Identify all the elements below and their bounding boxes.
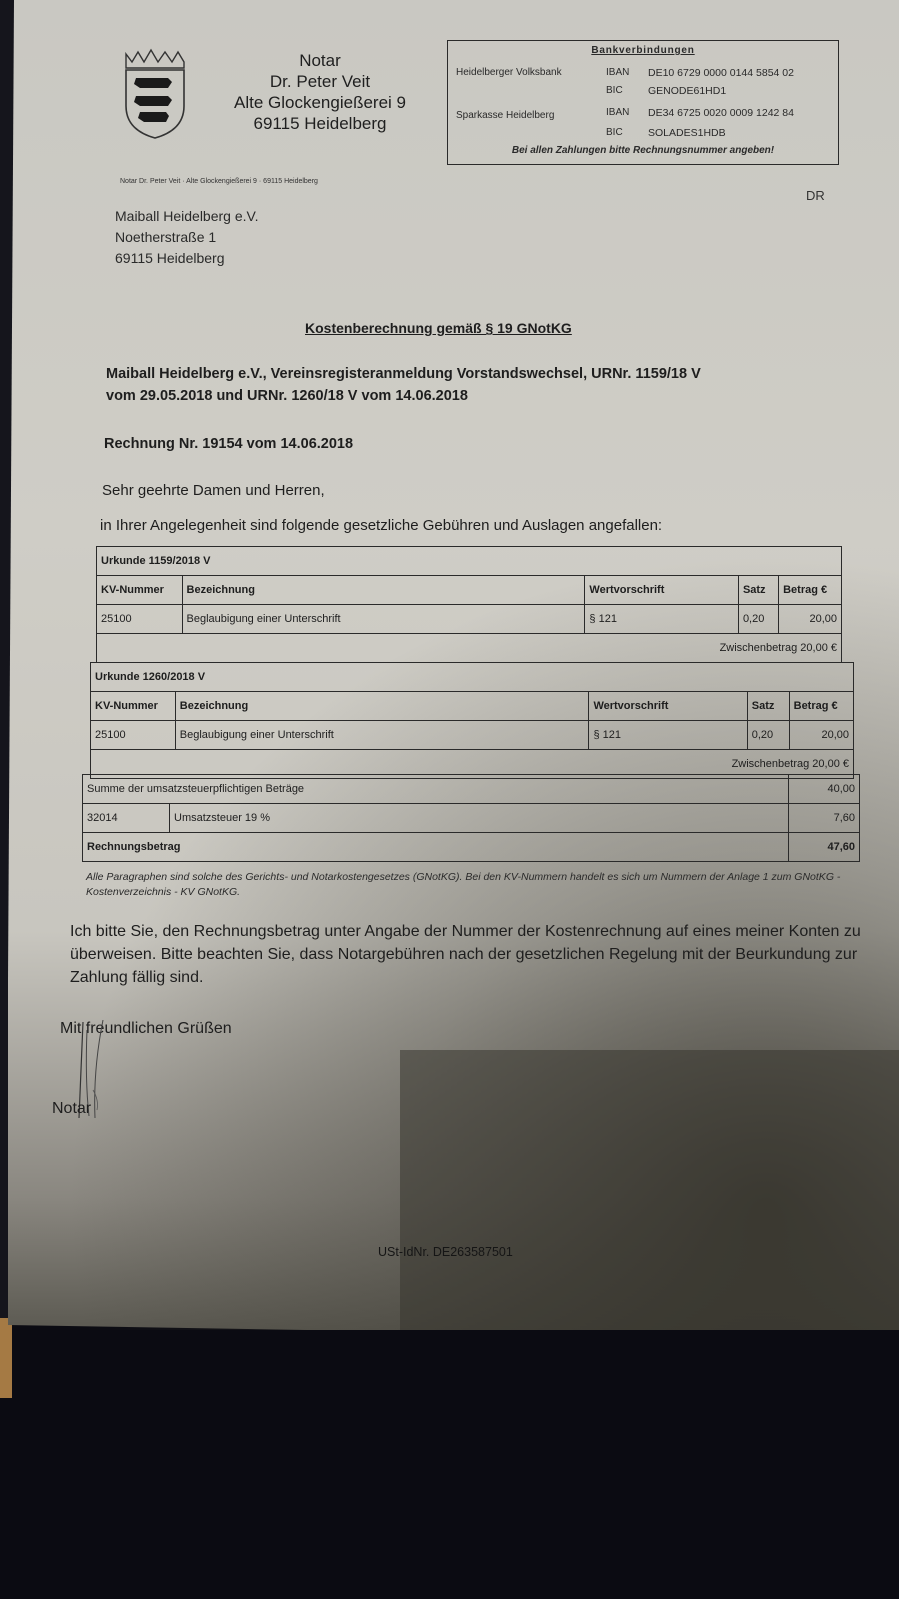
header-bezeichnung: Bezeichnung [175, 692, 589, 721]
iban-value: DE10 6729 0000 0144 5854 02 [648, 67, 794, 79]
iban-value: DE34 6725 0020 0009 1242 84 [648, 107, 794, 119]
letterhead: Notar Dr. Peter Veit Alte Glockengießere… [205, 50, 435, 134]
sender-return-line: Notar Dr. Peter Veit · Alte Glockengieße… [120, 178, 318, 185]
subtotal: Zwischenbetrag 20,00 € [97, 634, 842, 663]
bank-row-iban-2: Sparkasse Heidelberg IBAN DE34 6725 0020… [456, 107, 830, 121]
document-title: Kostenberechnung gemäß § 19 GNotKG [305, 320, 572, 336]
letterhead-name: Dr. Peter Veit [205, 71, 435, 92]
background-wood [0, 1318, 12, 1398]
cell-satz: 0,20 [747, 721, 789, 750]
vat-row: 32014 Umsatzsteuer 19 % 7,60 [83, 804, 860, 833]
header-betrag: Betrag € [779, 576, 842, 605]
vat-kv: 32014 [83, 804, 170, 833]
cost-table-2: Urkunde 1260/2018 V KV-Nummer Bezeichnun… [90, 662, 854, 779]
totals-table: Summe der umsatzsteuerpflichtigen Beträg… [82, 774, 860, 862]
document-subject: Maiball Heidelberg e.V., Vereinsregister… [106, 363, 846, 407]
table-row: 25100 Beglaubigung einer Unterschrift § … [97, 605, 842, 634]
iban-label: IBAN [606, 67, 629, 78]
cell-bezeichnung: Beglaubigung einer Unterschrift [182, 605, 585, 634]
letterhead-street: Alte Glockengießerei 9 [205, 92, 435, 113]
cell-wertvorschrift: § 121 [589, 721, 747, 750]
total-label: Rechnungsbetrag [83, 833, 789, 862]
cell-satz: 0,20 [738, 605, 778, 634]
bank-row-bic-2: BIC SOLADES1HDB [456, 127, 830, 141]
footnote: Alle Paragraphen sind solche des Gericht… [86, 870, 876, 900]
header-kv: KV-Nummer [97, 576, 183, 605]
recipient-address: Maiball Heidelberg e.V. Noetherstraße 1 … [115, 206, 258, 269]
sum-row: Summe der umsatzsteuerpflichtigen Beträg… [83, 775, 860, 804]
bank-details-box: Bankverbindungen Heidelberger Volksbank … [447, 40, 839, 165]
payment-request: Ich bitte Sie, den Rechnungsbetrag unter… [70, 920, 890, 989]
reference-mark: DR [806, 188, 825, 203]
intro-text: in Ihrer Angelegenheit sind folgende ges… [100, 517, 662, 534]
recipient-city: 69115 Heidelberg [115, 248, 258, 269]
subject-line-2: vom 29.05.2018 und URNr. 1260/18 V vom 1… [106, 385, 846, 407]
section-title: Urkunde 1159/2018 V [97, 547, 842, 576]
bank-row-bic-1: BIC GENODE61HD1 [456, 85, 830, 99]
vat-id: USt-IdNr. DE263587501 [378, 1245, 513, 1259]
section-title: Urkunde 1260/2018 V [91, 663, 854, 692]
table-row: 25100 Beglaubigung einer Unterschrift § … [91, 721, 854, 750]
salutation: Sehr geehrte Damen und Herren, [102, 482, 325, 499]
bank-name: Sparkasse Heidelberg [456, 110, 554, 121]
total-row: Rechnungsbetrag 47,60 [83, 833, 860, 862]
bic-value: SOLADES1HDB [648, 127, 726, 139]
vat-value: 7,60 [789, 804, 860, 833]
payment-note: Bei allen Zahlungen bitte Rechnungsnumme… [448, 145, 838, 156]
bic-value: GENODE61HD1 [648, 85, 726, 97]
letterhead-title: Notar [205, 50, 435, 71]
header-betrag: Betrag € [789, 692, 853, 721]
bank-row-iban-1: Heidelberger Volksbank IBAN DE10 6729 00… [456, 67, 830, 81]
total-value: 47,60 [789, 833, 860, 862]
header-wertvorschrift: Wertvorschrift [585, 576, 739, 605]
header-wertvorschrift: Wertvorschrift [589, 692, 747, 721]
header-bezeichnung: Bezeichnung [182, 576, 585, 605]
cell-kv: 25100 [97, 605, 183, 634]
iban-label: IBAN [606, 107, 629, 118]
header-satz: Satz [747, 692, 789, 721]
header-kv: KV-Nummer [91, 692, 176, 721]
sum-label: Summe der umsatzsteuerpflichtigen Beträg… [83, 775, 789, 804]
cell-kv: 25100 [91, 721, 176, 750]
bank-details-title: Bankverbindungen [448, 45, 838, 56]
bank-name: Heidelberger Volksbank [456, 67, 562, 78]
letterhead-city: 69115 Heidelberg [205, 113, 435, 134]
cell-bezeichnung: Beglaubigung einer Unterschrift [175, 721, 589, 750]
sum-value: 40,00 [789, 775, 860, 804]
cost-table-1: Urkunde 1159/2018 V KV-Nummer Bezeichnun… [96, 546, 842, 663]
header-satz: Satz [738, 576, 778, 605]
cell-wertvorschrift: § 121 [585, 605, 739, 634]
coat-of-arms-icon [122, 48, 188, 140]
signature-role: Notar [52, 1100, 91, 1118]
bic-label: BIC [606, 85, 623, 96]
cell-betrag: 20,00 [779, 605, 842, 634]
recipient-street: Noetherstraße 1 [115, 227, 258, 248]
cell-betrag: 20,00 [789, 721, 853, 750]
vat-label: Umsatzsteuer 19 % [170, 804, 789, 833]
recipient-name: Maiball Heidelberg e.V. [115, 206, 258, 227]
invoice-number: Rechnung Nr. 19154 vom 14.06.2018 [104, 436, 353, 452]
subject-line-1: Maiball Heidelberg e.V., Vereinsregister… [106, 363, 846, 385]
bic-label: BIC [606, 127, 623, 138]
